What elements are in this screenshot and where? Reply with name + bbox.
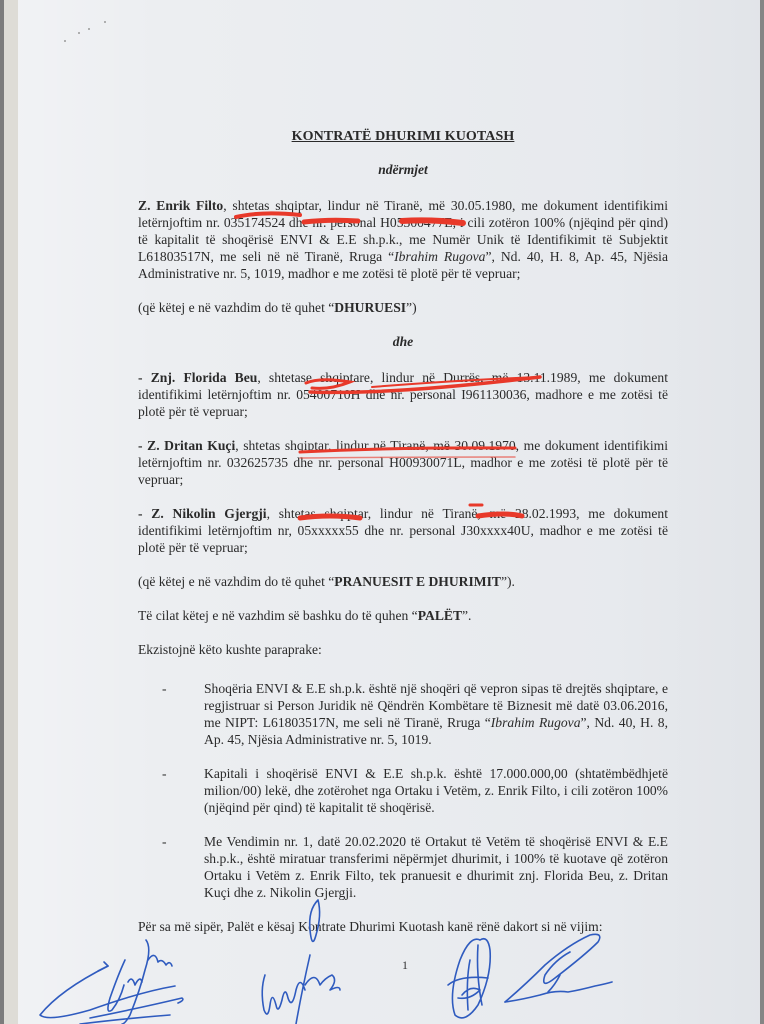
donor-paragraph: Z. Enrik Filto, shtetas shqiptar, lindur… <box>138 197 668 282</box>
recipient-name: Z. Nikolin Gjergji <box>151 506 266 521</box>
precondition-item: - Shoqëria ENVI & E.E sh.p.k. është një … <box>138 680 668 748</box>
donor-alias-prefix: (që këtej e në vazhdim do të quhet “ <box>138 300 334 315</box>
redacted-id-number: 032625735 <box>227 455 288 470</box>
recipients-alias-term: PRANUESIT E DHURIMIT <box>334 574 501 589</box>
redacted-personal-number: H05300477E <box>380 215 453 230</box>
parties-alias-term: PALËT <box>418 608 462 623</box>
recipient-name: Znj. Florida Beu <box>151 370 258 385</box>
preconditions-list: - Shoqëria ENVI & E.E sh.p.k. është një … <box>138 680 668 901</box>
page-number: 1 <box>402 958 408 973</box>
precondition-text-1: Kapitali i shoqërisë ENVI & E.E sh.p.k. … <box>204 766 668 815</box>
list-dash: - <box>162 765 167 782</box>
redacted-id-number: 5174524 <box>237 215 285 230</box>
preconditions-intro: Ekzistojnë këto kushte paraprake: <box>138 641 668 658</box>
recipient-dash: - <box>138 370 151 385</box>
redacted-personal-number: 0xxxx40U <box>473 523 530 538</box>
precondition-street: Ibrahim Rugova <box>491 715 581 730</box>
list-dash: - <box>162 680 167 697</box>
document-subtitle: ndërmjet <box>138 161 668 178</box>
recipient-dash: - <box>138 438 147 453</box>
donor-street: Ibrahim Rugova <box>394 249 485 264</box>
recipient-paragraph: - Znj. Florida Beu, shtetase shqiptare, … <box>138 369 668 420</box>
recipient-paragraph: - Z. Nikolin Gjergji, shtetas shqiptar, … <box>138 505 668 556</box>
donor-text-2: dhe nr. personal <box>285 215 380 230</box>
donor-alias-term: DHURUESI <box>334 300 406 315</box>
parties-alias-suffix: ”. <box>462 608 471 623</box>
closing-statement: Për sa më sipër, Palët e kësaj Kontrate … <box>138 918 668 935</box>
paper-specks <box>58 14 118 44</box>
donor-alias-suffix: ”) <box>406 300 417 315</box>
document-content: KONTRATË DHURIMI KUOTASH ndërmjet Z. Enr… <box>138 128 668 935</box>
scan-border-right <box>760 0 764 1024</box>
document-title: KONTRATË DHURIMI KUOTASH <box>138 128 668 145</box>
parties-alias-prefix: Të cilat këtej e në vazhdim së bashku do… <box>138 608 418 623</box>
recipient-paragraph: - Z. Dritan Kuçi, shtetas shqiptar, lind… <box>138 437 668 488</box>
recipient-name: Z. Dritan Kuçi <box>147 438 235 453</box>
donor-name: Z. Enrik Filto <box>138 198 223 213</box>
redacted-personal-number: H00930071L <box>389 455 462 470</box>
redacted-personal-number: I961130036 <box>461 387 526 402</box>
list-dash: - <box>162 833 167 850</box>
redacted-id-number: 5xxxxx55 <box>304 523 358 538</box>
precondition-text-1: Me Vendimin nr. 1, datë 20.02.2020 të Or… <box>204 834 668 900</box>
recipients-alias: (që këtej e në vazhdim do të quhet “PRAN… <box>138 573 668 590</box>
recipients-alias-suffix: ”). <box>501 574 515 589</box>
recipient-text-2: dhe nr. personal <box>288 455 389 470</box>
recipients-alias-prefix: (që këtej e në vazhdim do të quhet “ <box>138 574 334 589</box>
redacted-id-number: 5400710H <box>303 387 360 402</box>
parties-alias: Të cilat këtej e në vazhdim së bashku do… <box>138 607 668 624</box>
recipient-text-2: dhe nr. personal J3 <box>359 523 473 538</box>
donor-alias: (që këtej e në vazhdim do të quhet “DHUR… <box>138 299 668 316</box>
precondition-item: - Me Vendimin nr. 1, datë 20.02.2020 të … <box>138 833 668 901</box>
and-separator: dhe <box>138 333 668 350</box>
scan-edge-strip <box>4 0 18 1024</box>
precondition-item: - Kapitali i shoqërisë ENVI & E.E sh.p.k… <box>138 765 668 816</box>
recipient-dash: - <box>138 506 151 521</box>
recipient-text-2: dhe nr. personal <box>360 387 461 402</box>
